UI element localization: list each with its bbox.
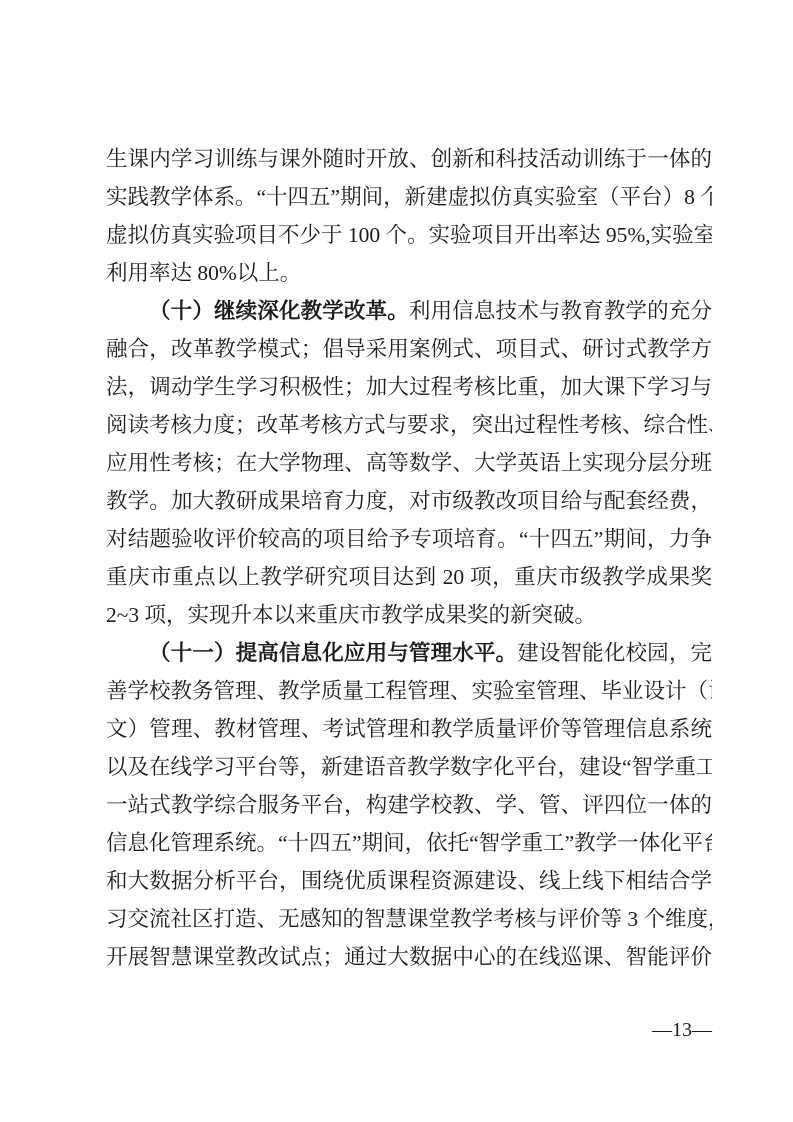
text-segment: 开展智慧课堂教改试点；通过大数据中心的在线巡课、智能评价 — [106, 945, 712, 969]
text-line: 对结题验收评价较高的项目给予专项培育。“十四五”期间，力争 — [106, 520, 712, 558]
document-body: 生课内学习训练与课外随时开放、创新和科技活动训练于一体的实践教学体系。“十四五”… — [106, 140, 712, 976]
text-segment: 实践教学体系。“十四五”期间，新建虚拟仿真实验室（平台）8 个， — [106, 185, 712, 209]
text-segment: 融合，改革教学模式；倡导采用案例式、项目式、研讨式教学方 — [106, 337, 712, 361]
text-segment: 利用率达 80%以上。 — [106, 261, 301, 285]
text-segment: 一站式教学综合服务平台，构建学校教、学、管、评四位一体的 — [106, 793, 712, 817]
page-number: —13— — [652, 1019, 712, 1041]
text-segment: 文）管理、教材管理、考试管理和教学质量评价等管理信息系统 — [106, 717, 712, 741]
text-line: 应用性考核；在大学物理、高等数学、大学英语上实现分层分班 — [106, 444, 712, 482]
text-segment: 对结题验收评价较高的项目给予专项培育。“十四五”期间，力争 — [106, 527, 712, 551]
text-line: 2~3 项，实现升本以来重庆市教学成果奖的新突破。 — [106, 596, 712, 634]
text-segment: 法，调动学生学习积极性；加大过程考核比重，加大课下学习与 — [106, 375, 712, 399]
document-page: 生课内学习训练与课外随时开放、创新和科技活动训练于一体的实践教学体系。“十四五”… — [0, 0, 793, 1122]
text-line: 融合，改革教学模式；倡导采用案例式、项目式、研讨式教学方 — [106, 330, 712, 368]
text-segment: 教学。加大教研成果培育力度，对市级教改项目给与配套经费， — [106, 489, 712, 513]
text-line: 重庆市重点以上教学研究项目达到 20 项，重庆市级教学成果奖 — [106, 558, 712, 596]
text-line: 虚拟仿真实验项目不少于 100 个。实验项目开出率达 95%,实验室 — [106, 216, 712, 254]
text-line: 以及在线学习平台等，新建语音教学数字化平台，建设“智学重工” — [106, 748, 712, 786]
text-segment: 善学校教务管理、教学质量工程管理、实验室管理、毕业设计（论 — [106, 679, 712, 703]
text-segment: 2~3 项，实现升本以来重庆市教学成果奖的新突破。 — [106, 603, 596, 627]
text-segment: 和大数据分析平台，围绕优质课程资源建设、线上线下相结合学 — [106, 869, 712, 893]
text-segment: 重庆市重点以上教学研究项目达到 20 项，重庆市级教学成果奖 — [106, 565, 712, 589]
text-line: 法，调动学生学习积极性；加大过程考核比重，加大课下学习与 — [106, 368, 712, 406]
text-segment: 虚拟仿真实验项目不少于 100 个。实验项目开出率达 95%,实验室 — [106, 223, 712, 247]
text-line: 一站式教学综合服务平台，构建学校教、学、管、评四位一体的 — [106, 786, 712, 824]
section-heading: （十）继续深化教学改革。 — [149, 299, 409, 323]
text-line: 利用率达 80%以上。 — [106, 254, 712, 292]
text-line: 善学校教务管理、教学质量工程管理、实验室管理、毕业设计（论 — [106, 672, 712, 710]
text-line: 开展智慧课堂教改试点；通过大数据中心的在线巡课、智能评价 — [106, 938, 712, 976]
text-line: 习交流社区打造、无感知的智慧课堂教学考核与评价等 3 个维度， — [106, 900, 712, 938]
text-line: 生课内学习训练与课外随时开放、创新和科技活动训练于一体的 — [106, 140, 712, 178]
text-line: 信息化管理系统。“十四五”期间，依托“智学重工”教学一体化平台 — [106, 824, 712, 862]
text-line: （十）继续深化教学改革。利用信息技术与教育教学的充分 — [106, 292, 712, 330]
text-segment: 习交流社区打造、无感知的智慧课堂教学考核与评价等 3 个维度， — [106, 907, 712, 931]
page-footer: —13— — [106, 1016, 712, 1044]
text-segment: 信息化管理系统。“十四五”期间，依托“智学重工”教学一体化平台 — [106, 831, 712, 855]
text-segment: 生课内学习训练与课外随时开放、创新和科技活动训练于一体的 — [106, 147, 712, 171]
text-segment: 利用信息技术与教育教学的充分 — [409, 299, 712, 323]
text-segment: 以及在线学习平台等，新建语音教学数字化平台，建设“智学重工” — [106, 755, 712, 779]
text-line: 阅读考核力度；改革考核方式与要求，突出过程性考核、综合性、 — [106, 406, 712, 444]
text-line: 教学。加大教研成果培育力度，对市级教改项目给与配套经费， — [106, 482, 712, 520]
text-line: 和大数据分析平台，围绕优质课程资源建设、线上线下相结合学 — [106, 862, 712, 900]
text-segment: 应用性考核；在大学物理、高等数学、大学英语上实现分层分班 — [106, 451, 712, 475]
text-line: （十一）提高信息化应用与管理水平。建设智能化校园，完 — [106, 634, 712, 672]
text-line: 实践教学体系。“十四五”期间，新建虚拟仿真实验室（平台）8 个， — [106, 178, 712, 216]
section-heading: （十一）提高信息化应用与管理水平。 — [149, 641, 517, 665]
text-segment: 建设智能化校园，完 — [517, 641, 712, 665]
text-segment: 阅读考核力度；改革考核方式与要求，突出过程性考核、综合性、 — [106, 413, 712, 437]
text-line: 文）管理、教材管理、考试管理和教学质量评价等管理信息系统 — [106, 710, 712, 748]
